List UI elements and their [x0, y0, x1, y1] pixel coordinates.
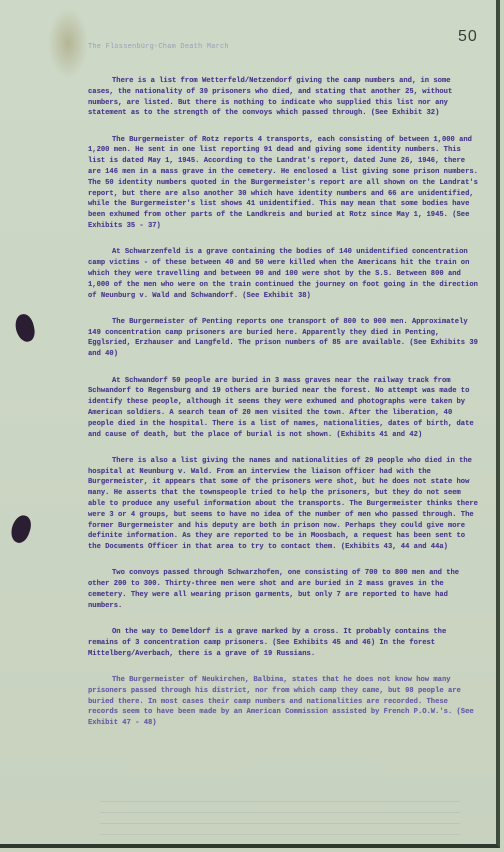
paragraph: The Burgermeister of Rotz reports 4 tran… — [88, 135, 478, 232]
paragraph: On the way to Demeldorf is a grave marke… — [88, 627, 478, 659]
running-head: The Flossenbürg-Cham Death March — [88, 43, 229, 51]
paragraph: The Burgermeister of Neukirchen, Balbina… — [88, 675, 478, 729]
document-page: 50 The Flossenbürg-Cham Death March Ther… — [0, 0, 500, 848]
page-number: 50 — [458, 28, 478, 46]
paper-stain — [48, 8, 88, 78]
paragraph: There is a list from Wetterfeld/Netzendo… — [88, 76, 478, 119]
punch-hole-icon — [8, 513, 34, 545]
punch-hole-icon — [13, 312, 36, 343]
paragraph: There is also a list giving the names an… — [88, 456, 478, 553]
paragraph: At Schwandorf 50 people are buried in 3 … — [88, 376, 478, 441]
reverse-side-bleed-through — [100, 795, 460, 835]
document-body: There is a list from Wetterfeld/Netzendo… — [88, 76, 478, 745]
paragraph: At Schwarzenfeld is a grave containing t… — [88, 247, 478, 301]
paragraph: The Burgermeister of Penting reports one… — [88, 317, 478, 360]
paragraph: Two convoys passed through Schwarzhofen,… — [88, 568, 478, 611]
